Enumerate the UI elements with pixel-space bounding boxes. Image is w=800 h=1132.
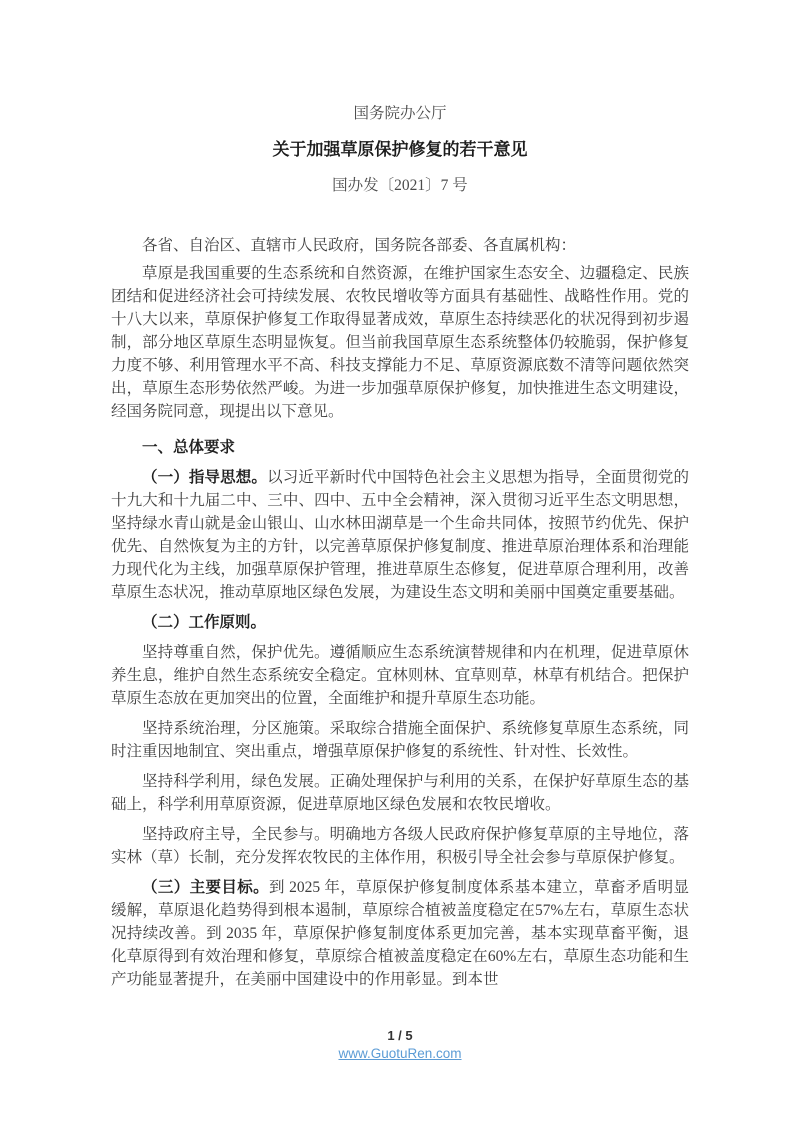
footer-website-link[interactable]: www.GuotuRen.com [338,1046,461,1061]
document-title: 关于加强草原保护修复的若干意见 [111,138,689,161]
working-principles-heading: （二）工作原则。 [111,611,689,634]
document-content: 国务院办公厅 关于加强草原保护修复的若干意见 国办发〔2021〕7 号 各省、自… [111,0,689,991]
principle-paragraph-systematic-governance: 坚持系统治理，分区施策。采取综合措施全面保护、系统修复草原生态系统，同时注重因地… [111,717,689,763]
principle-paragraph-respect-nature: 坚持尊重自然，保护优先。遵循顺应生态系统演替规律和内在机理，促进草原休养生息，维… [111,641,689,710]
principle-paragraph-scientific-use: 坚持科学利用，绿色发展。正确处理保护与利用的关系，在保护好草原生态的基础上，科学… [111,770,689,816]
principle-paragraph-government-led: 坚持政府主导，全民参与。明确地方各级人民政府保护修复草原的主导地位，落实林（草）… [111,823,689,869]
intro-paragraph: 草原是我国重要的生态系统和自然资源，在维护国家生态安全、边疆稳定、民族团结和促进… [111,262,689,423]
guiding-ideology-lead: （一）指导思想。 [142,469,267,486]
document-page: 国务院办公厅 关于加强草原保护修复的若干意见 国办发〔2021〕7 号 各省、自… [0,0,800,1132]
salutation-line: 各省、自治区、直辖市人民政府，国务院各部委、各直属机构： [111,234,689,257]
section-heading-overall-requirements: 一、总体要求 [111,436,689,459]
page-number-indicator: 1 / 5 [0,1028,800,1043]
page-footer: 1 / 5 www.GuotuRen.com [0,1028,800,1063]
main-goals-paragraph: （三）主要目标。到 2025 年，草原保护修复制度体系基本建立，草畜矛盾明显缓解… [111,876,689,991]
main-goals-lead: （三）主要目标。 [142,879,269,896]
document-number: 国办发〔2021〕7 号 [111,174,689,197]
guiding-ideology-text: 以习近平新时代中国特色社会主义思想为指导，全面贯彻党的十九大和十九届二中、三中、… [111,469,689,601]
guiding-ideology-paragraph: （一）指导思想。以习近平新时代中国特色社会主义思想为指导，全面贯彻党的十九大和十… [111,466,689,604]
document-issuer: 国务院办公厅 [111,102,689,125]
